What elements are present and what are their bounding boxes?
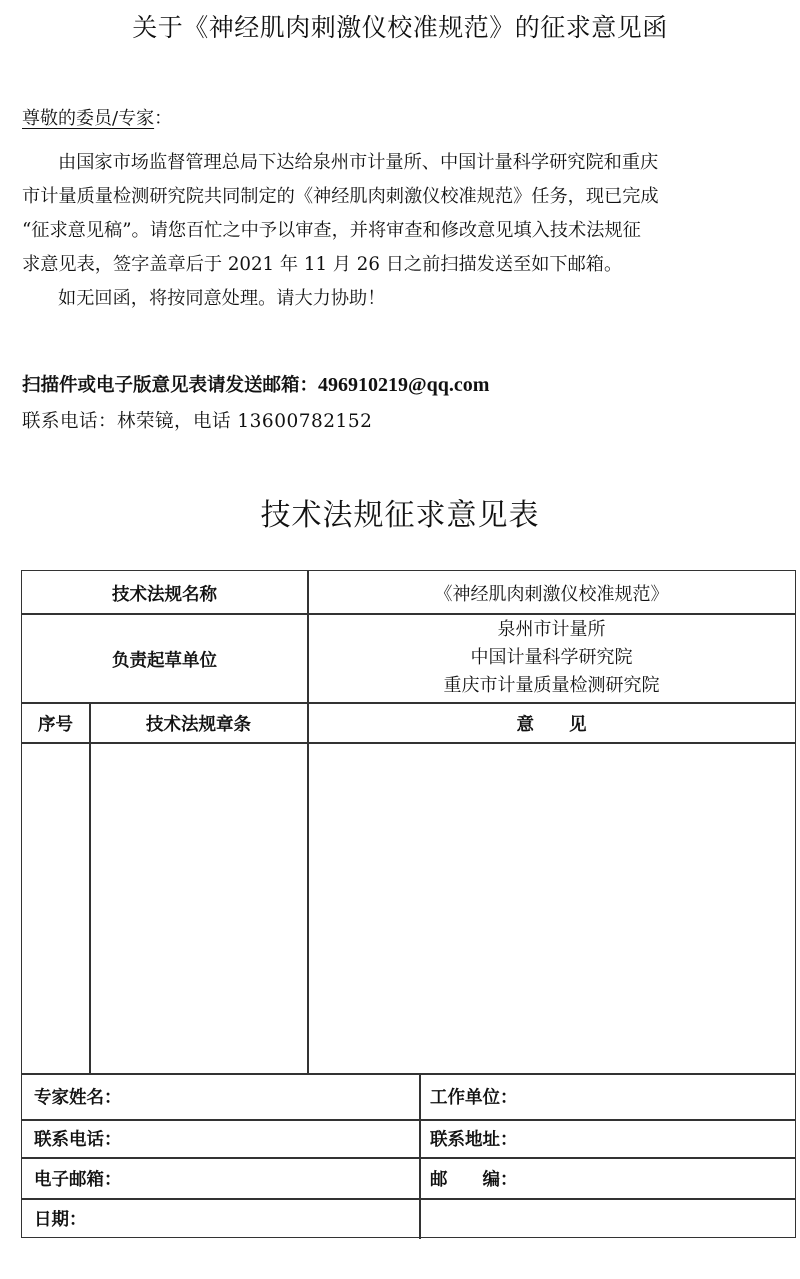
salutation-recipient: 尊敬的委员/专家 (22, 108, 154, 129)
salutation-colon: ： (154, 108, 172, 129)
row-divider (22, 613, 795, 615)
drafting-unit-2: 中国计量科学研究院 (308, 644, 795, 672)
opinion-input-area[interactable] (309, 744, 795, 1072)
drafting-unit-1: 泉州市计量所 (308, 616, 795, 644)
opinion-form-table: 技术法规名称 《神经肌肉刺激仪校准规范》 负责起草单位 泉州市计量所 中国计量科… (21, 570, 796, 1238)
column-header-opinion: 意 见 (308, 711, 795, 736)
phone-field[interactable]: 联系电话： (34, 1126, 122, 1151)
drafting-units-list: 泉州市计量所 中国计量科学研究院 重庆市计量质量检测研究院 (308, 616, 795, 700)
column-header-seq: 序号 (22, 711, 89, 736)
seq-input-area[interactable] (22, 744, 89, 1072)
row-divider (22, 1157, 795, 1159)
col-divider (419, 1073, 421, 1239)
form-title: 技术法规征求意见表 (0, 490, 800, 534)
letter-body: 由国家市场监督管理总局下达给泉州市计量所、中国计量科学研究院和重庆 市计量质量检… (22, 146, 798, 316)
body-line-1: 由国家市场监督管理总局下达给泉州市计量所、中国计量科学研究院和重庆 (22, 146, 798, 180)
column-header-clause: 技术法规章条 (90, 711, 307, 736)
salutation: 尊敬的委员/专家： (22, 104, 172, 130)
regulation-name-label: 技术法规名称 (22, 581, 307, 606)
row-divider (22, 1198, 795, 1200)
work-unit-field[interactable]: 工作单位： (430, 1084, 518, 1109)
letter-title: 关于《神经肌肉刺激仪校准规范》的征求意见函 (0, 8, 800, 44)
email-instruction: 扫描件或电子版意见表请发送邮箱：496910219@qq.com (22, 371, 489, 397)
regulation-name-value: 《神经肌肉刺激仪校准规范》 (308, 580, 795, 606)
email-field[interactable]: 电子邮箱： (34, 1166, 122, 1191)
row-divider (22, 702, 795, 704)
drafting-unit-3: 重庆市计量质量检测研究院 (308, 672, 795, 700)
closing-line: 如无回函，将按同意处理。请大力协助！ (22, 282, 798, 316)
clause-input-area[interactable] (91, 744, 306, 1072)
body-line-4: 求意见表，签字盖章后于 2021 年 11 月 26 日之前扫描发送至如下邮箱。 (22, 248, 798, 282)
expert-name-field[interactable]: 专家姓名： (34, 1084, 122, 1109)
contact-phone: 联系电话：林荣镜，电话 13600782152 (22, 407, 372, 433)
row-divider (22, 1119, 795, 1121)
body-line-3: “征求意见稿”。请您百忙之中予以审查，并将审查和修改意见填入技术法规征 (22, 214, 798, 248)
address-field[interactable]: 联系地址： (430, 1126, 518, 1151)
postcode-field[interactable]: 邮 编： (430, 1166, 518, 1191)
body-line-2: 市计量质量检测研究院共同制定的《神经肌肉刺激仪校准规范》任务，现已完成 (22, 180, 798, 214)
email-label: 扫描件或电子版意见表请发送邮箱： (22, 375, 318, 396)
row-divider (22, 1073, 795, 1075)
date-field[interactable]: 日期： (34, 1206, 87, 1231)
email-address[interactable]: 496910219@qq.com (318, 374, 489, 396)
drafting-units-label: 负责起草单位 (22, 647, 307, 672)
